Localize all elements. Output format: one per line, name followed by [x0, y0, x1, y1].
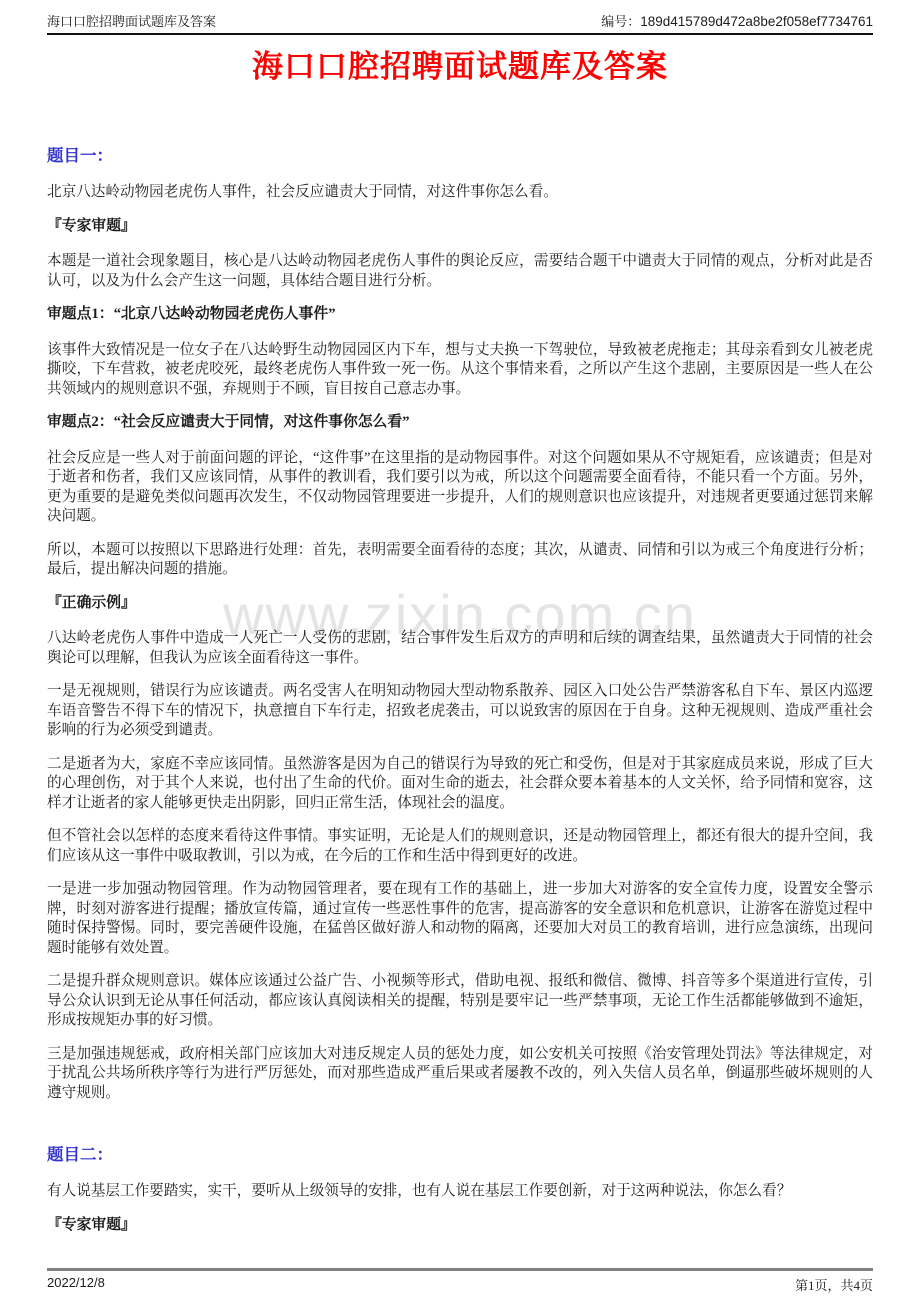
expert-review-heading-2: 『专家审题』: [47, 1216, 873, 1236]
paragraph: 二是逝者为大，家庭不幸应该同情。虽然游客是因为自己的错误行为导致的死亡和受伤，但…: [47, 755, 873, 814]
expert-review-heading-1: 『专家审题』: [47, 217, 873, 237]
paragraph: 所以，本题可以按照以下思路进行处理：首先，表明需要全面看待的态度；其次，从谴责、…: [47, 541, 873, 580]
page-header: 海口口腔招聘面试题库及答案 编号：189d415789d472a8be2f058…: [47, 14, 873, 35]
paragraph: 但不管社会以怎样的态度来看待这件事情。事实证明，无论是人们的规则意识，还是动物园…: [47, 827, 873, 866]
doc-number-label: 编号：: [601, 14, 640, 29]
page-title: 海口口腔招聘面试题库及答案: [0, 41, 920, 86]
question-1-heading: 题目一：: [47, 146, 873, 166]
paragraph: 一是进一步加强动物园管理。作为动物园管理者，要在现有工作的基础上，进一步加大对游…: [47, 880, 873, 958]
review-point-2-heading: 审题点2：“社会反应谴责大于同情，对这件事你怎么看”: [47, 413, 873, 433]
correct-example-heading: 『正确示例』: [47, 594, 873, 614]
footer-page-info: 第1页，共4页: [795, 1275, 873, 1294]
question-1-text: 北京八达岭动物园老虎伤人事件，社会反应谴责大于同情，对这件事你怎么看。: [47, 183, 873, 203]
paragraph: 该事件大致情况是一位女子在八达岭野生动物园园区内下车，想与丈夫换一下驾驶位，导致…: [47, 341, 873, 400]
paragraph: 社会反应是一些人对于前面问题的评论，“这件事”在这里指的是动物园事件。对这个问题…: [47, 449, 873, 527]
paragraph: 二是提升群众规则意识。媒体应该通过公益广告、小视频等形式，借助电视、报纸和微信、…: [47, 972, 873, 1031]
doc-number-value: 189d415789d472a8be2f058ef7734761: [640, 14, 873, 29]
review-point-1-heading: 审题点1：“北京八达岭动物园老虎伤人事件”: [47, 305, 873, 325]
page-footer: 2022/12/8 第1页，共4页: [47, 1268, 873, 1294]
document-body: 题目一： 北京八达岭动物园老虎伤人事件，社会反应谴责大于同情，对这件事你怎么看。…: [47, 146, 873, 1251]
paragraph: 本题是一道社会现象题目，核心是八达岭动物园老虎伤人事件的舆论反应，需要结合题干中…: [47, 252, 873, 291]
paragraph: 一是无视规则，错误行为应该谴责。两名受害人在明知动物园大型动物系散养、园区入口处…: [47, 682, 873, 741]
paragraph: 八达岭老虎伤人事件中造成一人死亡一人受伤的悲剧，结合事件发生后双方的声明和后续的…: [47, 629, 873, 668]
header-doc-number: 编号：189d415789d472a8be2f058ef7734761: [601, 14, 873, 30]
document-page: 海口口腔招聘面试题库及答案 编号：189d415789d472a8be2f058…: [0, 0, 920, 1302]
question-2-text: 有人说基层工作要踏实，实干，要听从上级领导的安排，也有人说在基层工作要创新，对于…: [47, 1182, 873, 1202]
question-2-heading: 题目二：: [47, 1145, 873, 1165]
header-doc-title: 海口口腔招聘面试题库及答案: [47, 14, 216, 30]
footer-date: 2022/12/8: [47, 1275, 105, 1294]
paragraph: 三是加强违规惩戒，政府相关部门应该加大对违反规定人员的惩处力度，如公安机关可按照…: [47, 1045, 873, 1104]
